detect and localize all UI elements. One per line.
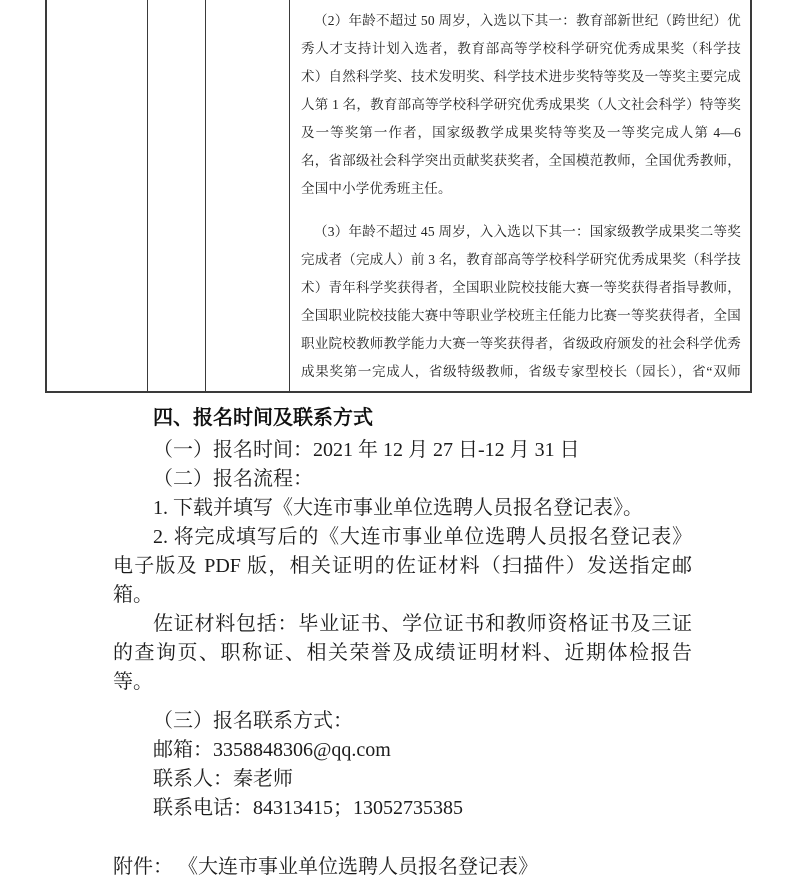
attachment-line: 附件： 《大连市事业单位选聘人员报名登记表》 [113,853,692,879]
paragraph-contact-title: （三）报名联系方式： [113,707,692,736]
paragraph-contact-phone: 联系电话：84313415；13052735385 [113,794,692,823]
section-heading: 四、报名时间及联系方式 [113,404,692,433]
paragraph-report-time: （一）报名时间：2021 年 12 月 27 日-12 月 31 日 [113,436,692,465]
paragraph-contact-person: 联系人：秦老师 [113,765,692,794]
criteria-paragraph-3: （3）年龄不超过 45 周岁，入入选以下其一：国家级教学成果奖二等奖完成者（完成… [301,218,741,391]
paragraph-step-2: 2. 将完成填写后的《大连市事业单位选聘人员报名登记表》电子版及 PDF 版，相… [113,523,692,610]
criteria-paragraph-2: （2）年龄不超过 50 周岁，入选以下其一：教育部新世纪（跨世纪）优秀人才支持计… [301,7,741,203]
qualification-table: （2）年龄不超过 50 周岁，入选以下其一：教育部新世纪（跨世纪）优秀人才支持计… [45,0,752,393]
paragraph-email: 邮箱：3358848306@qq.com [113,736,692,765]
paragraph-report-process-title: （二）报名流程： [113,465,692,494]
table-cell-empty-3 [206,0,290,391]
table-cell-criteria: （2）年龄不超过 50 周岁，入选以下其一：教育部新世纪（跨世纪）优秀人才支持计… [290,0,750,391]
document-body: 四、报名时间及联系方式 （一）报名时间：2021 年 12 月 27 日-12 … [113,404,692,879]
table-cell-empty-2 [148,0,206,391]
table-cell-empty-1 [47,0,148,391]
document-page: （2）年龄不超过 50 周岁，入选以下其一：教育部新世纪（跨世纪）优秀人才支持计… [0,0,792,879]
paragraph-step-1: 1. 下载并填写《大连市事业单位选聘人员报名登记表》。 [113,494,692,523]
paragraph-supporting-materials: 佐证材料包括：毕业证书、学位证书和教师资格证书及三证的查询页、职称证、相关荣誉及… [113,610,692,697]
